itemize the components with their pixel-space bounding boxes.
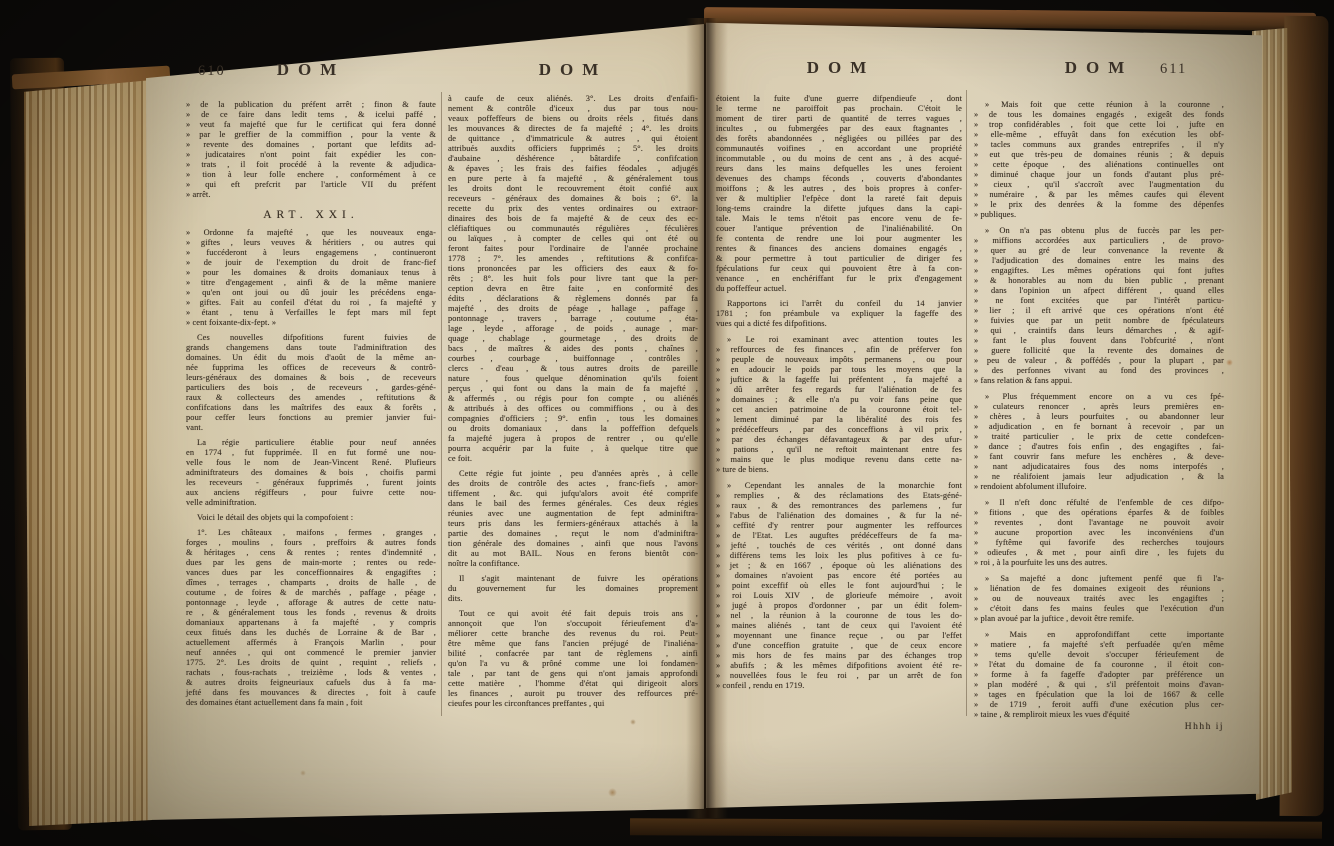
text-line: » arrêt. xyxy=(186,190,436,200)
text-line: » pour les domaines & droits domaniaux t… xyxy=(186,268,436,278)
text-line: » plan modéré , & qui , s'il préfentoit … xyxy=(974,680,1224,690)
text-line: » tages en fpéculation que la loi de 166… xyxy=(974,690,1224,700)
text-line: leurs-généraux des domaines & bois , de … xyxy=(186,373,436,383)
text-line: née fupprima les offices de receveurs & … xyxy=(186,363,436,373)
paragraph: Voici le détail des objets qui la compof… xyxy=(186,513,436,523)
text-line: » Il n'eft donc réfulté de l'enfemble de… xyxy=(974,498,1224,508)
paragraph: 1°. Les châteaux , maifons , fermes , gr… xyxy=(186,528,436,708)
text-line: » mis hors de fes mains par des échanges… xyxy=(716,651,962,661)
bottom-cover-edge xyxy=(630,818,1322,839)
text-line: » taine , & rempliroit mieux les vues d'… xyxy=(974,710,1224,720)
text-line: » engagiftes. Les mêmes opérations qui f… xyxy=(974,266,1224,276)
text-line: dans le bail des fermes générales. Ces d… xyxy=(448,499,698,509)
text-line: » culateurs renoncer , après leurs premi… xyxy=(974,402,1224,412)
text-line: à caufe de ceux aliénés. 3°. Les droits … xyxy=(448,94,698,104)
text-line: » tion à leur folle enchere , conforméme… xyxy=(186,170,436,180)
text-line: & attribués à des offices ou commiffions… xyxy=(448,404,698,414)
text-line: » reventes , dont l'avantage ne pouvoit … xyxy=(974,518,1224,528)
text-line: » raux , & des remontrances des parlemen… xyxy=(716,501,962,511)
text-line: » de l'Etat. Les auguftes prédéceffeurs … xyxy=(716,531,962,541)
text-line: les mouvances & directes de fa majefté ;… xyxy=(448,124,698,134)
text-line: nature , fous quelque dénomination qu'il… xyxy=(448,374,698,384)
text-line: » Mais foit que cette réunion à la couro… xyxy=(974,100,1224,110)
text-line: » dance ; d'autres fois enfin , des enga… xyxy=(974,442,1224,452)
text-line: vant. xyxy=(186,423,436,433)
text-line: » lier ; il eft arrivé que ces opération… xyxy=(974,306,1224,316)
text-line: cette matière , l'homme d'état qui dirig… xyxy=(448,679,698,689)
text-line: » qui , craintifs dans leurs démarches ,… xyxy=(974,326,1224,336)
text-line: » de tous les domaines engagés , exigeât… xyxy=(974,110,1224,120)
text-line: » Ordonne fa majefté , que les nouveaux … xyxy=(186,228,436,238)
text-line: » publiques. xyxy=(974,210,1224,220)
text-line: » juftice & la fageffe lui préfentent , … xyxy=(716,375,962,385)
text-line: Voici le détail des objets qui la compof… xyxy=(186,513,436,523)
text-line: » tacles communs aux grandes entreprifes… xyxy=(974,140,1224,150)
paragraph: étoient la fuite d'une guerre difpendieu… xyxy=(716,94,962,294)
text-line: des domaines étant actuellement dans fa … xyxy=(186,698,436,708)
foxing-spot xyxy=(1226,359,1233,366)
text-line: neuf années , qui ont commencé le premie… xyxy=(186,648,436,658)
text-line: en 1774 , fut fupprimée. Il en fut formé… xyxy=(186,448,436,458)
book-photo: 610 DOM DOM DOM DOM 611 » de la publicat… xyxy=(0,0,1334,846)
text-line: » de ce faire dans ledit tems , & icelui… xyxy=(186,110,436,120)
text-line: 1775. 2°. Les droits de quint , requint … xyxy=(186,658,436,668)
text-line: re , & généralement tous les fonds , rev… xyxy=(186,608,436,618)
text-line: » prédéceffeurs , par des conceffions à … xyxy=(716,425,962,435)
paragraph: » Mais en approfondiffant cette importan… xyxy=(974,630,1224,720)
text-line: veaux poffeffeurs de biens ou droits rée… xyxy=(448,114,698,124)
text-line: méliorer cette branche des revenus du ro… xyxy=(448,629,698,639)
paragraph: » Mais foit que cette réunion à la couro… xyxy=(974,100,1224,220)
text-line: communautés voifines , en accordant une … xyxy=(716,144,962,154)
text-line: Il s'agit maintenant de fuivre les opéra… xyxy=(448,574,698,584)
text-line: jefté dans fes mouvances & directes , fo… xyxy=(186,688,436,698)
text-line: Hhhh ij xyxy=(974,722,1224,732)
text-line: qu'on l'a vu & prôné comme une loi fonda… xyxy=(448,659,698,669)
text-line: » peuple de nouveaux impôts permanens , … xyxy=(716,355,962,365)
text-line: » lement diminué par la libéralité des r… xyxy=(716,415,962,425)
text-line: du poffeffeur actuel. xyxy=(716,284,962,294)
text-line: » le prix des denrées & la fomme des dép… xyxy=(974,200,1224,210)
text-line: ART. XXI. xyxy=(186,210,436,220)
text-column-3: étoient la fuite d'une guerre difpendieu… xyxy=(716,94,962,691)
text-line: » trats , il foit procédé à la revente &… xyxy=(186,160,436,170)
paragraph: La régie particuliere établie pour neuf … xyxy=(186,438,436,508)
text-line: édits , déclarations & règlemens donnés … xyxy=(448,294,698,304)
text-line: fe contenta de rendre une loi pour augme… xyxy=(716,234,962,244)
text-line: & épaves ; les frais des faifies féodale… xyxy=(448,164,698,174)
text-line: » giftes , leurs veuves & héritiers , ou… xyxy=(186,238,436,248)
text-line: » eut que très-peu de domaines réunis ; … xyxy=(974,150,1224,160)
text-line: » mains que le plus modique revenu dans … xyxy=(716,455,962,465)
text-line: » roi Louis XIV , de glorieufe mémoire ,… xyxy=(716,591,962,601)
text-column-1: » de la publication du préfent arrêt ; f… xyxy=(186,94,436,708)
running-head: DOM xyxy=(716,58,966,78)
text-column-4: » Mais foit que cette réunion à la couro… xyxy=(974,94,1224,732)
paragraph: Rapportons ici l'arrêt du confeil du 14 … xyxy=(716,299,962,329)
paragraph: Cette régie fut jointe , peu d'années ap… xyxy=(448,469,698,569)
text-line: » adjudication , en fe bornant à recevoi… xyxy=(974,422,1224,432)
text-line: » domaines ; & elle n'a pu voir fans pei… xyxy=(716,395,962,405)
text-line: » par le greffier de la commiffion , pou… xyxy=(186,130,436,140)
text-line: coutume , de foires & de marchés , paffa… xyxy=(186,588,436,598)
text-line: » maines aliénés , tant de ceux qui l'av… xyxy=(716,621,962,631)
text-line: & héritages , cens & rentes ; rentes d'i… xyxy=(186,548,436,558)
text-line: les receveurs - généraux fupprimés , fur… xyxy=(186,478,436,488)
left-page-fore-edge xyxy=(24,80,152,826)
text-line: » jet ; & en 1667 , époque où les aliéna… xyxy=(716,561,962,571)
paragraph: Il s'agit maintenant de fuivre les opéra… xyxy=(448,574,698,604)
paragraph: » Il n'eft donc réfulté de l'enfemble de… xyxy=(974,498,1224,568)
text-line: ceux fitués dans les duchés de Lorraine … xyxy=(186,628,436,638)
text-line: » forme à fa fageffe d'adopter par préfé… xyxy=(974,670,1224,680)
text-line: » nel , la réunion à la couronne de tous… xyxy=(716,611,962,621)
text-line: ception devra en être faite , en conform… xyxy=(448,284,698,294)
text-line: particuliers des bois , de receveurs , g… xyxy=(186,383,436,393)
text-line: lage , leyde , afforage , de poids , aun… xyxy=(448,324,698,334)
text-line: incultes , ou fubmergées par des eaux ft… xyxy=(716,124,962,134)
text-line: » fant couvrir fans mefure les enchères … xyxy=(974,452,1224,462)
text-line: couer l'antique prévention de l'inaliéna… xyxy=(716,224,962,234)
text-line: » & honorables au nom du bien public , p… xyxy=(974,276,1224,286)
text-line: » revente des domaines , portant que lef… xyxy=(186,140,436,150)
text-line: » Sa majefté a donc juftement penfé que … xyxy=(974,574,1224,584)
text-line: » qui eft prefcrit par l'article VII du … xyxy=(186,180,436,190)
text-line: » ne réalifoient jamais leur adjudicatio… xyxy=(974,472,1224,482)
text-line: des forêts abandonnées , négligées ou pi… xyxy=(716,134,962,144)
text-line: adminiftrateurs des domaines & bois , ch… xyxy=(186,468,436,478)
text-line: aux anciens régiffeurs , pour fuivre cet… xyxy=(186,488,436,498)
text-line: fpéculations fur ceux qui pouvoient être… xyxy=(716,264,962,274)
text-line: » cieux , qu'il s'accroît avec l'augment… xyxy=(974,180,1224,190)
catchword: Hhhh ij xyxy=(974,722,1224,732)
foxing-spot xyxy=(630,719,636,725)
text-line: » Cependant les annales de la monarchie … xyxy=(716,481,962,491)
text-line: » de jouir de l'exemption du droit de fr… xyxy=(186,258,436,268)
text-line: le terme ne paroiffoit pas prochain. C'é… xyxy=(716,104,962,114)
text-line: dues par les gens de main-morte ; rentes… xyxy=(186,558,436,568)
text-line: » ou de nouveaux traités avec les engagi… xyxy=(974,594,1224,604)
text-line: bacs , de maîtres & aides des ponts , ch… xyxy=(448,344,698,354)
text-line: grands changemens dans toute l'adminiftr… xyxy=(186,343,436,353)
paragraph: » de la publication du préfent arrêt ; f… xyxy=(186,100,436,200)
text-line: domaniaux appartenans à fa majefté , y c… xyxy=(186,618,436,628)
text-line: » ceffité d'y rentrer pour augmenter les… xyxy=(716,521,962,531)
text-line: cléfiaftiques ou communautés régulières … xyxy=(448,224,698,234)
text-line: moment de tirer parti de quantité de ter… xyxy=(716,114,962,124)
text-line: tion générale des domaines , ainfi que n… xyxy=(448,539,698,549)
text-line: receveurs - généraux des domaines & bois… xyxy=(448,194,698,204)
text-line: » jugé à propos d'ordonner , par un édit… xyxy=(716,601,962,611)
text-line: » miffions accordées aux particuliers , … xyxy=(974,236,1224,246)
text-line: être même que fans l'ancien préjugé de l… xyxy=(448,639,698,649)
text-line: » l'abus de l'aliénation des domaines , … xyxy=(716,511,962,521)
text-line: tions prononcées par les officiers des e… xyxy=(448,264,698,274)
text-line: Cette régie fut jointe , peu d'années ap… xyxy=(448,469,698,479)
foxing-spot xyxy=(300,770,306,776)
text-column-2: à caufe de ceux aliénés. 3°. Les droits … xyxy=(448,94,698,709)
text-line: reurs dans les mains defquelles les unes… xyxy=(716,164,962,174)
text-line: réunies avec une augmentation de fept ad… xyxy=(448,509,698,519)
text-line: Tout ce qui avoit été fait depuis trois … xyxy=(448,609,698,619)
text-line: » abufifs ; & les mêmes difpofitions avo… xyxy=(716,661,962,671)
text-line: » odieufes , & met , pour ainfi dire , l… xyxy=(974,548,1224,558)
text-line: » peu de valeur , & poffédés , pour la p… xyxy=(974,356,1224,366)
text-line: ou droits domaniaux , dans la poffeffion… xyxy=(448,424,698,434)
text-line: dits. xyxy=(448,594,698,604)
text-line: forges , moulins , fours , preffoirs & a… xyxy=(186,538,436,548)
text-line: en pure perte à fa majefté , & généralem… xyxy=(448,174,698,184)
text-line: tale. Mais le tems n'étoit pas encore ve… xyxy=(716,214,962,224)
text-line: » différens tems les loix les plus pofit… xyxy=(716,551,962,561)
text-line: Rapportons ici l'arrêt du confeil du 14 … xyxy=(716,299,962,309)
text-line: 1°. Les châteaux , maifons , fermes , gr… xyxy=(186,528,436,538)
text-line: » fuccéderont à leurs engagemens , conti… xyxy=(186,248,436,258)
text-line: » ne font excitées que par l'intérêt par… xyxy=(974,296,1224,306)
text-line: noître la confiftance. xyxy=(448,559,698,569)
text-line: dit au mot BAIL. Nous en ferons bientôt … xyxy=(448,549,698,559)
text-line: » Mais en approfondiffant cette importan… xyxy=(974,630,1224,640)
text-line: » rendoient abfolument illufoire. xyxy=(974,482,1224,492)
text-line: & affermés , ou régis pour fon compte , … xyxy=(448,394,698,404)
text-line: » de 1719 , feroit auffi d'une exécution… xyxy=(974,700,1224,710)
text-line: La régie particuliere établie pour neuf … xyxy=(186,438,436,448)
text-line: » veut fa majefté que fur le certificat … xyxy=(186,120,436,130)
text-line: » confeil , rendu en 1719. xyxy=(716,681,962,691)
text-line: feront faites pour l'ordinaire de l'anné… xyxy=(448,244,698,254)
text-line: courbes , courbage , buiffonnage , contr… xyxy=(448,354,698,364)
text-line: ce foit. xyxy=(448,454,698,464)
text-line: les finances , auroit pu trouver des ref… xyxy=(448,689,698,699)
text-line: » reffources de fes finances , afin de p… xyxy=(716,345,962,355)
text-line: » plan avoué par la juftice , devoit êtr… xyxy=(974,614,1224,624)
paragraph: » Le roi examinant avec attention toutes… xyxy=(716,335,962,475)
text-line: rêts ; 8°. les huit fols pour livre tant… xyxy=(448,274,698,284)
text-line: » fuivies que par un petit nombre de fpé… xyxy=(974,316,1224,326)
text-line: fa majefté jugera à propos de rentrer , … xyxy=(448,434,698,444)
text-line: » des perfonnes vivant au fond des provi… xyxy=(974,366,1224,376)
text-line: » dû arrêter fes regards fur l'aliénatio… xyxy=(716,385,962,395)
running-head: DOM xyxy=(448,60,698,80)
text-line: compagnies d'officiers ; 9°. enfin , tou… xyxy=(448,414,698,424)
text-line: » étant , tenu à Verfailles le fept mars… xyxy=(186,308,436,318)
text-line: » giftes. Fait au confeil d'état du roi … xyxy=(186,298,436,308)
text-line: » par des échanges défavantageux & par d… xyxy=(716,435,962,445)
text-line: actuellement affermés à François Marlin … xyxy=(186,638,436,648)
text-line: » Le roi examinant avec attention toutes… xyxy=(716,335,962,345)
text-line: clercs - d'eau , & tous autres droits de… xyxy=(448,364,698,374)
text-line: velle adminiftration. xyxy=(186,498,436,508)
page-number: 611 xyxy=(1160,61,1187,78)
text-line: dinaires des bois de fa majefté & de ceu… xyxy=(448,214,698,224)
text-line: » d'une conceffion gratuite , que de ceu… xyxy=(716,641,962,651)
running-head: DOM xyxy=(186,60,436,80)
text-line: vances dues par les conceffionnaires & e… xyxy=(186,568,436,578)
text-line: » en adoucir le poids par tous les moyen… xyxy=(716,365,962,375)
paragraph: à caufe de ceux aliénés. 3°. Les droits … xyxy=(448,94,698,464)
text-line: » diminué chaque jour un fonds d'autant … xyxy=(974,170,1224,180)
text-line: tiffement , &c. qui jufqu'alors avoit ét… xyxy=(448,489,698,499)
text-line: de quittance , d'immatricule & autres , … xyxy=(448,134,698,144)
text-line: » traité particulier , le prix de cette … xyxy=(974,432,1224,442)
text-line: » Plus fréquemment encore on a vu ces fp… xyxy=(974,392,1224,402)
text-line: » cent foixante-dix-fept. » xyxy=(186,318,436,328)
text-line: » l'adjudication des domaines entre les … xyxy=(974,256,1224,266)
text-line: annonçoit que l'on s'occupoit férieufeme… xyxy=(448,619,698,629)
text-line: étoient la fuite d'une guerre difpendieu… xyxy=(716,94,962,104)
text-line: raux & collecteurs des amendes , reftitu… xyxy=(186,393,436,403)
text-line: » aucune proportion avec les inconvénien… xyxy=(974,528,1224,538)
text-line: perçus , qui font ou dans la main de fa … xyxy=(448,384,698,394)
text-line: incommutable , ou du moins de cent ans ,… xyxy=(716,154,962,164)
text-line: pourra acquérir par la fuite , à quelque… xyxy=(448,444,698,454)
text-line: » trop confidérables , foit que cette lo… xyxy=(974,120,1224,130)
text-line: » fans relation & fans appui. xyxy=(974,376,1224,386)
text-line: tale , par tant de gens qui n'ont jamais… xyxy=(448,669,698,679)
foxing-spot xyxy=(608,788,617,797)
column-rule xyxy=(441,92,442,716)
text-line: » point exceffif où elles le font aujour… xyxy=(716,581,962,591)
text-line: » cette époque , des aliénations continu… xyxy=(974,160,1224,170)
text-line: Ces nouvelles difpofitions furent fuivie… xyxy=(186,333,436,343)
text-line: » remplies , & des réclamations des Etat… xyxy=(716,491,962,501)
text-line: ou laïques , à compter de celles qui ont… xyxy=(448,234,698,244)
text-line: » c'étoit dans fes mains feules que l'ex… xyxy=(974,604,1224,614)
text-line: » judicataires n'ont point fait expédier… xyxy=(186,150,436,160)
text-line: 1781 ; fon préambule va expliquer la fag… xyxy=(716,309,962,319)
text-line: moiffons ; & les autres , des bois propr… xyxy=(716,184,962,194)
text-line: cieufes pour les circonftances preffante… xyxy=(448,699,698,709)
text-line: majefté , des droits de péage , hallage … xyxy=(448,304,698,314)
text-line: teurs pris dans les fermiers-généraux at… xyxy=(448,519,698,529)
text-line: confifcations dans les maîtrifes des eau… xyxy=(186,403,436,413)
text-line: venance , en enchériffant fur le prix d'… xyxy=(716,274,962,284)
text-line: 1778 ; 7°. les amendes , reftitutions & … xyxy=(448,254,698,264)
text-line: » nant adjudicataires fous des noms inte… xyxy=(974,462,1224,472)
text-line: » l'état du domaine de fa couronne , il … xyxy=(974,660,1224,670)
text-line: velle fous le nom de Jean-Vincent René. … xyxy=(186,458,436,468)
text-line: » matiere , fa majefté s'eft perfuadée q… xyxy=(974,640,1224,650)
text-line: partie des domaines , reçut le nom d'adm… xyxy=(448,529,698,539)
paragraph: Tout ce qui avoit été fait depuis trois … xyxy=(448,609,698,709)
text-line: » chères , à leurs pourfuites , ou aband… xyxy=(974,412,1224,422)
text-line: » ture de biens. xyxy=(716,465,962,475)
text-line: domaines. Un édit du mois d'août de la m… xyxy=(186,353,436,363)
text-line: d'aubaine , déshérence , bâtardife , con… xyxy=(448,154,698,164)
text-line: du gouvernement fur les domaines proprem… xyxy=(448,584,698,594)
paragraph: Ces nouvelles difpofitions furent fuivie… xyxy=(186,333,436,433)
text-line: » nouvellées fous le feu roi , par un ar… xyxy=(716,671,962,681)
text-line: » elle-même , effuyât dans fon exécution… xyxy=(974,130,1224,140)
text-line: » dans l'opinion un afpect différent , q… xyxy=(974,286,1224,296)
text-line: attribués auxdits officiers fupprimés ; … xyxy=(448,144,698,154)
text-line: vues qui a dicté fes difpofitions. xyxy=(716,319,962,329)
text-line: & pour permettre à tout particulier de d… xyxy=(716,254,962,264)
text-line: » domaines n'avoient pas encore été port… xyxy=(716,571,962,581)
text-line: bilité , confacrée par tant de règlemens… xyxy=(448,649,698,659)
text-line: devenues des champs féconds , couverts d… xyxy=(716,174,962,184)
paragraph: » On n'a pas obtenu plus de fuccès par l… xyxy=(974,226,1224,386)
text-line: » tems qu'elle devoit s'occuper férieufe… xyxy=(974,650,1224,660)
text-line: » guere follicité que la revente des dom… xyxy=(974,346,1224,356)
text-line: » quer au gré de leur convenance la reve… xyxy=(974,246,1224,256)
text-line: » qu'en ont joui ou dû jouir les précéde… xyxy=(186,288,436,298)
text-line: nement & contrôle d'iceux , dus par tous… xyxy=(448,104,698,114)
article-heading: ART. XXI. xyxy=(186,210,436,220)
paragraph: » Plus fréquemment encore on a vu ces fp… xyxy=(974,392,1224,492)
text-line: » fitions , que des opérations éparfes &… xyxy=(974,508,1224,518)
text-line: les droits dont le recouvrement étoit co… xyxy=(448,184,698,194)
text-line: des droits de contrôle des actes , franc… xyxy=(448,479,698,489)
text-line: pontonnage , leyde , afforage & autres d… xyxy=(186,598,436,608)
text-line: pour ceffer leurs fonctions au premier j… xyxy=(186,413,436,423)
text-line: long-tems craindre la difette jufques da… xyxy=(716,204,962,214)
text-line: » de la publication du préfent arrêt ; f… xyxy=(186,100,436,110)
text-line: » roi , à la pourfuite les uns des autre… xyxy=(974,558,1224,568)
text-line: » On n'a pas obtenu plus de fuccès par l… xyxy=(974,226,1224,236)
text-line: » jefté , touchés de ces vérités , ont d… xyxy=(716,541,962,551)
text-line: quage , chablage , gourmetage , des droi… xyxy=(448,334,698,344)
paragraph: » Cependant les annales de la monarchie … xyxy=(716,481,962,691)
text-line: & autres droits feigneuriaux cafuels dus… xyxy=(186,678,436,688)
column-rule xyxy=(966,90,967,716)
text-line: rachats , fous-rachats , treizième , lod… xyxy=(186,668,436,678)
text-line: » fyftême qui favorife des recherches to… xyxy=(974,538,1224,548)
text-line: » fant le plus fouvent dans l'obfcurité … xyxy=(974,336,1224,346)
text-line: rentes & finances des anciens domaines e… xyxy=(716,244,962,254)
paragraph: » Ordonne fa majefté , que les nouveaux … xyxy=(186,228,436,328)
text-line: » moyennant une finance reçue , ou par l… xyxy=(716,631,962,641)
text-line: ver & multiplier l'efpèce dont la rareté… xyxy=(716,194,962,204)
text-line: pontonnage , travers , barrage , coutume… xyxy=(448,314,698,324)
text-line: » liénation de fes domaines exigeoit des… xyxy=(974,584,1224,594)
paragraph: » Sa majefté a donc juftement penfé que … xyxy=(974,574,1224,624)
text-line: » titre d'engagement , ainfi & de la mêm… xyxy=(186,278,436,288)
text-line: » numéraire , & par les mêmes caufes qui… xyxy=(974,190,1224,200)
text-line: » cet ancien patrimoine de la couronne é… xyxy=(716,405,962,415)
text-line: » pations , qu'il ne reftoit maintenant … xyxy=(716,445,962,455)
text-line: dîmes , terrages , champarts , droits de… xyxy=(186,578,436,588)
text-line: recette du prix des ventes ordinaires ou… xyxy=(448,204,698,214)
